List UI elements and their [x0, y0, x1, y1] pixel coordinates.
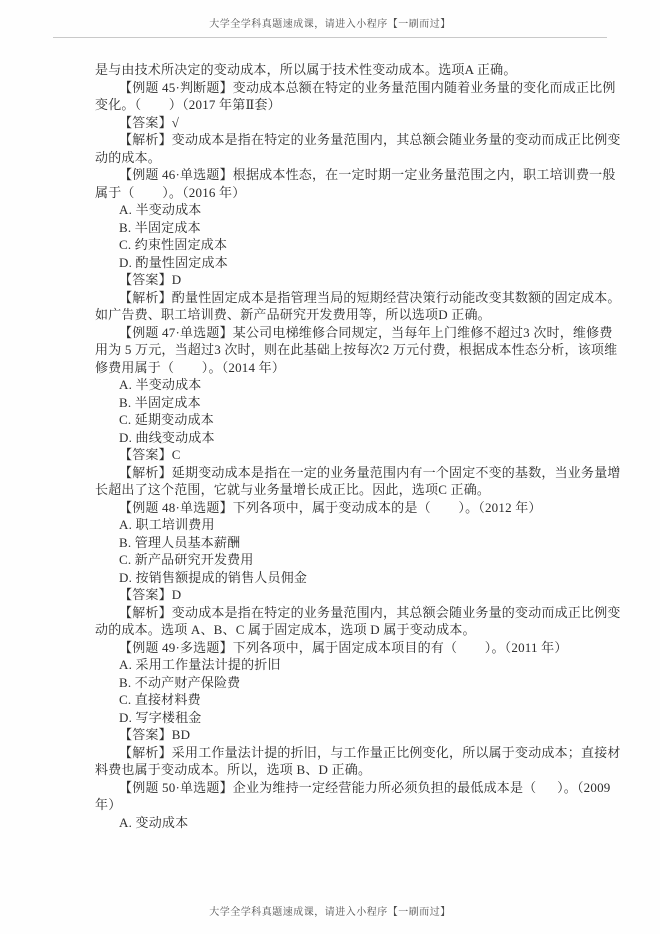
page-header-text: 大学全学科真题速成课，请进入小程序【一刷而过】	[0, 15, 660, 30]
text-line: 【例题 48·单选题】下列各项中，属于变动成本的是（ ）。（2012 年）	[95, 499, 573, 517]
text-line: 动的成本。选项 A、B、C 属于固定成本，选项 D 属于变动成本。	[95, 621, 573, 639]
document-page: 大学全学科真题速成课，请进入小程序【一刷而过】 是与由技术所决定的变动成本，所以…	[0, 0, 660, 934]
text-line: 【答案】D	[95, 586, 573, 604]
text-line: 【答案】C	[95, 446, 573, 464]
text-line: 【解析】采用工作量法计提的折旧，与工作量正比例变化，所以属于变动成本；直接材	[95, 744, 573, 762]
text-line: 【例题 49·多选题】下列各项中，属于固定成本项目的有（ ）。（2011 年）	[95, 639, 573, 657]
text-line: C. 约束性固定成本	[95, 236, 573, 254]
text-line: 【答案】BD	[95, 726, 573, 744]
text-line: A. 采用工作量法计提的折旧	[95, 656, 573, 674]
text-line: A. 职工培训费用	[95, 516, 573, 534]
text-line: 属于（ ）。（2016 年）	[95, 184, 573, 202]
text-line: A. 半变动成本	[95, 201, 573, 219]
text-line: 【例题 45·判断题】变动成本总额在特定的业务量范围内随着业务量的变化而成正比例	[95, 79, 573, 97]
text-line: 【答案】D	[95, 271, 573, 289]
text-line: 【解析】变动成本是指在特定的业务量范围内，其总额会随业务量的变动而成正比例变	[95, 131, 573, 149]
text-line: 【解析】延期变动成本是指在一定的业务量范围内有一个固定不变的基数，当业务量增	[95, 464, 573, 482]
document-body: 是与由技术所决定的变动成本，所以属于技术性变动成本。选项A 正确。【例题 45·…	[95, 61, 573, 831]
text-line: 【解析】变动成本是指在特定的业务量范围内，其总额会随业务量的变动而成正比例变	[95, 604, 573, 622]
text-line: 动的成本。	[95, 149, 573, 167]
text-line: 【例题 47·单选题】某公司电梯维修合同规定，当每年上门维修不超过3 次时，维修…	[95, 324, 573, 342]
text-line: C. 直接材料费	[95, 691, 573, 709]
text-line: 年）	[95, 796, 573, 814]
text-line: D. 曲线变动成本	[95, 429, 573, 447]
text-line: C. 新产品研究开发费用	[95, 551, 573, 569]
text-line: B. 半固定成本	[95, 219, 573, 237]
text-line: 【例题 50·单选题】企业为维持一定经营能力所必须负担的最低成本是（ ）。（20…	[95, 779, 573, 797]
text-line: 用为 5 万元，当超过3 次时，则在此基础上按每次2 万元付费，根据成本性态分析…	[95, 341, 573, 359]
text-line: 变化。（ ）（2017 年第Ⅱ套）	[95, 96, 573, 114]
text-line: C. 延期变动成本	[95, 411, 573, 429]
text-line: B. 半固定成本	[95, 394, 573, 412]
text-line: D. 写字楼租金	[95, 709, 573, 727]
text-line: 料费也属于变动成本。所以，选项 B、D 正确。	[95, 761, 573, 779]
text-line: A. 变动成本	[95, 814, 573, 832]
text-line: 【答案】√	[95, 114, 573, 132]
text-line: 修费用属于（ ）。（2014 年）	[95, 359, 573, 377]
text-line: 是与由技术所决定的变动成本，所以属于技术性变动成本。选项A 正确。	[95, 61, 573, 79]
text-line: 长超出了这个范围，它就与业务量增长成正比。因此，选项C 正确。	[95, 481, 573, 499]
text-line: D. 酌量性固定成本	[95, 254, 573, 272]
text-line: A. 半变动成本	[95, 376, 573, 394]
text-line: 【解析】酌量性固定成本是指管理当局的短期经营决策行动能改变其数额的固定成本。	[95, 289, 573, 307]
text-line: D. 按销售额提成的销售人员佣金	[95, 569, 573, 587]
page-footer-text: 大学全学科真题速成课，请进入小程序【一刷而过】	[0, 903, 660, 918]
header-divider	[53, 37, 607, 38]
text-line: B. 不动产财产保险费	[95, 674, 573, 692]
text-line: B. 管理人员基本薪酬	[95, 534, 573, 552]
text-line: 如广告费、职工培训费、新产品研究开发费用等，所以选项D 正确。	[95, 306, 573, 324]
text-line: 【例题 46·单选题】根据成本性态，在一定时期一定业务量范围之内，职工培训费一般	[95, 166, 573, 184]
